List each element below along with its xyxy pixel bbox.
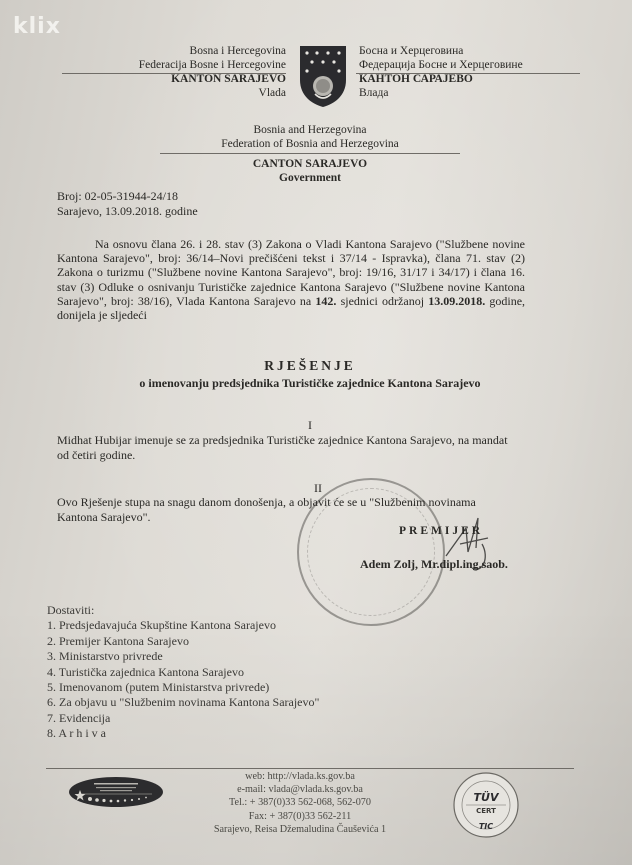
list-item: 1. Predsjedavajuća Skupštine Kantona Sar… bbox=[47, 618, 319, 633]
list-item: 7. Evidencija bbox=[47, 711, 319, 726]
article-2-numeral: II bbox=[314, 481, 322, 496]
watermark-logo: klix bbox=[13, 14, 61, 39]
english-rule bbox=[160, 153, 460, 154]
tuv-label: TÜV bbox=[474, 790, 500, 804]
article-2-text: Ovo Rješenje stupa na snagu danom donoše… bbox=[57, 495, 519, 524]
decision-title: RJEŠENJE bbox=[100, 358, 520, 374]
country-latin: Bosna i Hercegovina bbox=[139, 44, 286, 58]
list-item: 6. Za objavu u "Službenim novinama Kanto… bbox=[47, 695, 319, 710]
tuv-cert-seal-icon: TÜV CERT TIC bbox=[452, 771, 520, 839]
session-date: 13.09.2018. bbox=[428, 294, 485, 308]
article-1-text: Midhat Hubijar imenuje se za predsjednik… bbox=[57, 433, 512, 462]
award-badge-icon bbox=[68, 776, 164, 808]
canton-latin: KANTON SARAJEVO bbox=[139, 72, 286, 86]
country-english: Bosnia and Herzegovina bbox=[160, 123, 460, 137]
country-cyrillic: Босна и Херцеговина bbox=[359, 44, 523, 58]
letterhead-english: Bosnia and Herzegovina Federation of Bos… bbox=[160, 123, 460, 185]
signatory-name: Adem Zolj, Mr.dipl.ing.saob. bbox=[360, 557, 508, 572]
signatory-title: PREMIJER bbox=[399, 525, 483, 537]
letterhead-latin: Bosna i Hercegovina Federacija Bosne i H… bbox=[139, 44, 286, 100]
footer-contact: web: http://vlada.ks.gov.ba e-mail: vlad… bbox=[190, 770, 410, 836]
federation-cyrillic: Федерација Босне и Херцеговине bbox=[359, 58, 523, 72]
government-english: Government bbox=[160, 171, 460, 185]
list-item: 8. A r h i v a bbox=[47, 726, 319, 741]
distribution-list: Dostaviti: 1. Predsjedavajuća Skupštine … bbox=[47, 603, 319, 742]
list-item: 3. Ministarstvo privrede bbox=[47, 649, 319, 664]
government-latin: Vlada bbox=[139, 86, 286, 100]
reference-number: Broj: 02-05-31944-24/18 bbox=[57, 189, 198, 204]
list-item: 5. Imenovanom (putem Ministarstva privre… bbox=[47, 680, 319, 695]
footer-fax: Fax: + 387(0)33 562-211 bbox=[190, 810, 410, 823]
list-item: 2. Premijer Kantona Sarajevo bbox=[47, 634, 319, 649]
tic-label: TIC bbox=[479, 822, 493, 831]
letterhead-cyrillic: Босна и Херцеговина Федерација Босне и Х… bbox=[359, 44, 523, 100]
decision-subtitle: o imenovanju predsjednika Turističke zaj… bbox=[100, 376, 520, 391]
reference-block: Broj: 02-05-31944-24/18 Sarajevo, 13.09.… bbox=[57, 189, 198, 218]
header-rule-right bbox=[356, 73, 580, 74]
header-rule-left bbox=[62, 73, 286, 74]
federation-latin: Federacija Bosne i Hercegovine bbox=[139, 58, 286, 72]
preamble-paragraph: Na osnovu člana 26. i 28. stav (3) Zakon… bbox=[57, 237, 525, 322]
list-item: 4. Turistička zajednica Kantona Sarajevo bbox=[47, 665, 319, 680]
decision-title-block: RJEŠENJE o imenovanju predsjednika Turis… bbox=[100, 358, 520, 391]
government-cyrillic: Влада bbox=[359, 86, 523, 100]
federation-english: Federation of Bosnia and Herzegovina bbox=[160, 137, 460, 151]
canton-cyrillic: КАНТОН САРАЈЕВО bbox=[359, 72, 523, 86]
footer-web: web: http://vlada.ks.gov.ba bbox=[190, 770, 410, 783]
session-number: 142. bbox=[315, 294, 336, 308]
footer-address: Sarajevo, Reisa Džemaludina Čauševića 1 bbox=[190, 823, 410, 836]
place-date: Sarajevo, 13.09.2018. godine bbox=[57, 204, 198, 219]
article-1-numeral: I bbox=[308, 418, 312, 433]
footer-email: e-mail: vlada@vlada.ks.gov.ba bbox=[190, 783, 410, 796]
footer-tel: Tel.: + 387(0)33 562-068, 562-070 bbox=[190, 796, 410, 809]
cert-label: CERT bbox=[476, 807, 496, 815]
coat-of-arms-icon bbox=[298, 44, 348, 108]
preamble-mid: sjednici održanoj bbox=[341, 294, 424, 308]
distribution-label: Dostaviti: bbox=[47, 603, 319, 618]
footer-rule bbox=[46, 768, 574, 769]
canton-english: CANTON SARAJEVO bbox=[160, 157, 460, 171]
